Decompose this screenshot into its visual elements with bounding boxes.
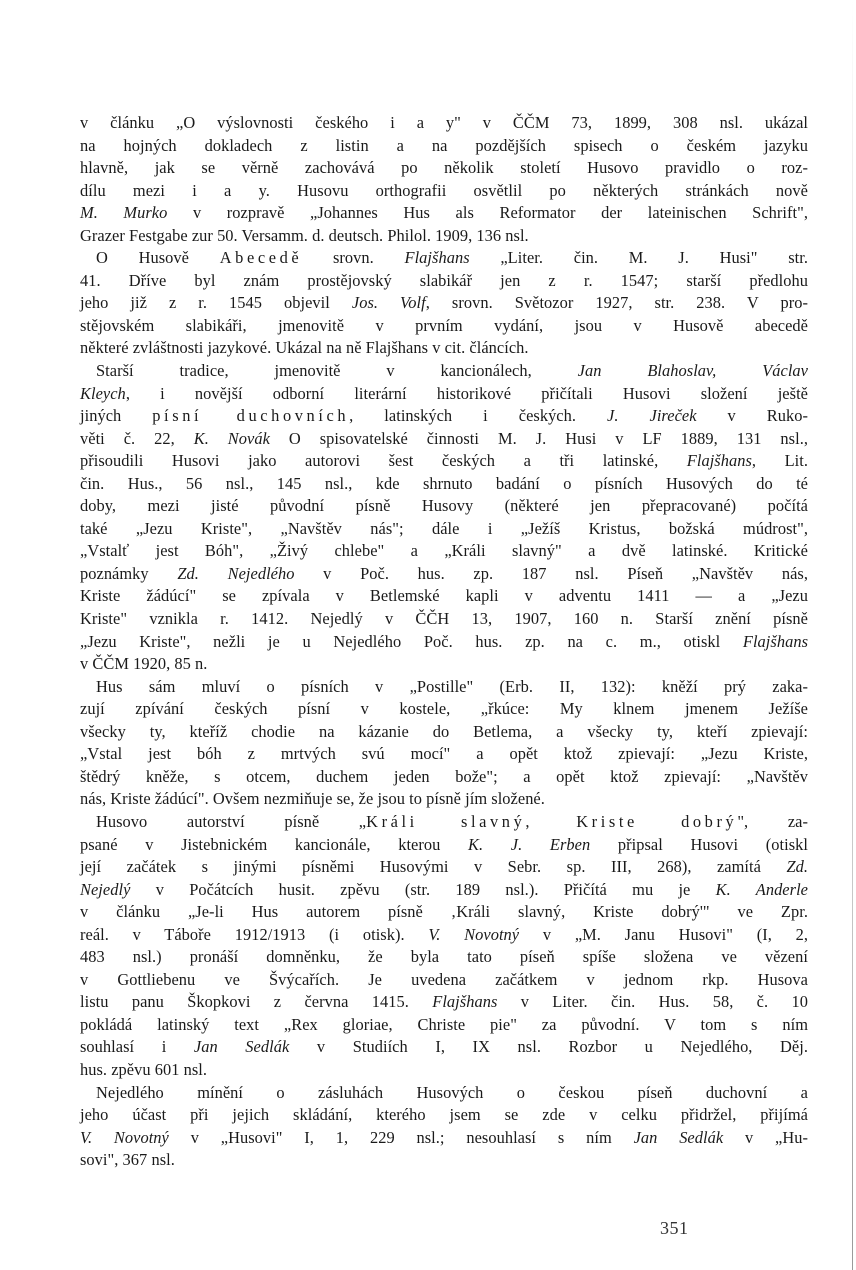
text-line: nás, Kriste žádúcí". Ovšem nezmiňuje se,… [80,788,808,811]
text-run: „Jezu Kriste", nežli je u Nejedlého Poč.… [80,632,743,651]
text-line: v ČČM 1920, 85 n. [80,653,808,676]
text-run: v „M. Janu Husovi" (I, 2, [519,925,808,944]
spaced-emphasis: Abecedě [220,248,303,267]
text-run: Kriste žádúcí" se zpívala v Betlemské ka… [80,586,808,605]
text-run: Grazer Festgabe zur 50. Versamm. d. deut… [80,226,529,245]
text-run: 41. Dříve byl znám prostějovský slabikář… [80,271,808,290]
text-line: Kriste žádúcí" se zpívala v Betlemské ka… [80,585,808,608]
body-text: v článku „O výslovnosti českého i a y" v… [80,112,808,1172]
text-run: také „Jezu Kriste", „Navštěv nás"; dále … [80,519,808,538]
text-run: O spisovatelské činnosti M. J. Husi v LF… [270,429,808,448]
text-line: Husovo autorství písně „Králi slavný, Kr… [80,811,808,834]
text-line: v článku „O výslovnosti českého i a y" v… [80,112,808,135]
text-line: O Husově Abecedě srovn. Flajšhans „Liter… [80,247,808,270]
italic-citation: V. Novotný [80,1128,169,1147]
text-run: v ČČM 1920, 85 n. [80,654,207,673]
italic-citation: Flajšhans [432,992,497,1011]
text-line: Nejedlého mínění o zásluhách Husových o … [80,1082,808,1105]
italic-citation: K. J. Erben [468,835,590,854]
text-run: , Lit. [752,451,808,470]
text-run: poznámky [80,564,177,583]
text-line: v Gottliebenu ve Švýcařích. Je uvedena z… [80,969,808,992]
text-line: V. Novotný v „Husovi" I, 1, 229 nsl.; ne… [80,1127,808,1150]
italic-citation: Flajšhans [687,451,752,470]
text-line: Kriste" vznikla r. 1412. Nejedlý v ČČH 1… [80,608,808,631]
spaced-emphasis: Králi slavný, Kriste dobrý [366,812,737,831]
text-run: , srovn. Světozor 1927, str. 238. V pro- [426,293,808,312]
text-line: „Vstalť jest Bóh", „Živý chlebe" a „Král… [80,540,808,563]
text-run: v Počátcích husit. zpěvu (str. 189 nsl.)… [130,880,715,899]
text-run: Husovo autorství písně „ [96,812,366,831]
paragraph: Hus sám mluví o písních v „Postille" (Er… [80,676,808,811]
text-run: reál. v Táboře 1912/1913 (i otisk). [80,925,428,944]
paragraph: O Husově Abecedě srovn. Flajšhans „Liter… [80,247,808,360]
text-line: souhlasí i Jan Sedlák v Studiích I, IX n… [80,1036,808,1059]
text-line: hlavně, jak se věrně zachovává po několi… [80,157,808,180]
text-run: „Liter. čin. M. J. Husi" str. [470,248,808,267]
text-line: doby, mezi jisté původní písně Husovy (n… [80,495,808,518]
text-run: „Vstalť jest Bóh", „Živý chlebe" a „Král… [80,541,808,560]
text-run: pokládá latinský text „Rex gloriae, Chri… [80,1015,808,1034]
italic-citation: Jan Sedlák [634,1128,724,1147]
italic-citation: Nejedlý [80,880,130,899]
text-line: stějovském slabikáři, jmenovitě v prvním… [80,315,808,338]
page-edge-shadow [852,0,853,1270]
text-run: , i novější odborní literární historikov… [126,384,808,403]
text-line: M. Murko v rozpravě „Johannes Hus als Re… [80,202,808,225]
italic-citation: J. Jireček [607,406,697,425]
text-line: jeho již z r. 1545 objevil Jos. Volf, sr… [80,292,808,315]
page-number: 351 [660,1218,689,1239]
text-line: v článku „Je-li Hus autorem písně ‚Králi… [80,901,808,924]
document-page: v článku „O výslovnosti českého i a y" v… [0,0,856,1270]
text-run: v „Hu- [723,1128,808,1147]
text-line: její začátek s jinými písněmi Husovými v… [80,856,808,879]
paragraph: Starší tradice, jmenovitě v kancionálech… [80,360,808,676]
italic-citation: Flajšhans [743,632,808,651]
italic-citation: Flajšhans [405,248,470,267]
text-line: 41. Dříve byl znám prostějovský slabikář… [80,270,808,293]
text-run: jeho již z r. 1545 objevil [80,293,352,312]
text-run: čin. Hus., 56 nsl., 145 nsl., kde shrnut… [80,474,808,493]
text-line: jeho účast při jejich skládání, kterého … [80,1104,808,1127]
text-run: v článku „Je-li Hus autorem písně ‚Králi… [80,902,808,921]
paragraph: v článku „O výslovnosti českého i a y" v… [80,112,808,247]
text-line: „Jezu Kriste", nežli je u Nejedlého Poč.… [80,631,808,654]
text-line: jiných písní duchovních, latinských i če… [80,405,808,428]
italic-citation: Zd. Nejedlého [177,564,294,583]
text-line: věti č. 22, K. Novák O spisovatelské čin… [80,428,808,451]
text-run: všecky ty, kteříž chodie na kázanie do B… [80,722,808,741]
text-run: dílu mezi i a y. Husovu orthografii osvě… [80,181,808,200]
paragraph: Husovo autorství písně „Králi slavný, Kr… [80,811,808,1082]
text-line: psané v Jistebnickém kancionále, kterou … [80,834,808,857]
text-line: poznámky Zd. Nejedlého v Poč. hus. zp. 1… [80,563,808,586]
text-line: Hus sám mluví o písních v „Postille" (Er… [80,676,808,699]
text-line: na hojných dokladech z listin a na pozdě… [80,135,808,158]
paragraph: Nejedlého mínění o zásluhách Husových o … [80,1082,808,1172]
text-run: hus. zpěvu 601 nsl. [80,1060,207,1079]
text-run: v Poč. hus. zp. 187 nsl. Píseň „Navštěv … [295,564,809,583]
text-line: zují zpívání českých písní v kostele, „ř… [80,698,808,721]
text-run: v Studiích I, IX nsl. Rozbor u Nejedlého… [289,1037,808,1056]
italic-citation: K. Anderle [716,880,808,899]
text-run: sovi", 367 nsl. [80,1150,175,1169]
text-run: srovn. [302,248,404,267]
text-run: ", za- [737,812,808,831]
text-line: dílu mezi i a y. Husovu orthografii osvě… [80,180,808,203]
italic-citation: Jan Blahoslav, Václav [578,361,808,380]
text-line: hus. zpěvu 601 nsl. [80,1059,808,1082]
italic-citation: Kleych [80,384,126,403]
italic-citation: M. Murko [80,203,167,222]
text-line: všecky ty, kteříž chodie na kázanie do B… [80,721,808,744]
text-line: štědrý kněže, s otcem, duchem jeden bože… [80,766,808,789]
text-line: listu panu Škopkovi z června 1415. Flajš… [80,991,808,1014]
text-run: na hojných dokladech z listin a na pozdě… [80,136,808,155]
text-run: souhlasí i [80,1037,194,1056]
italic-citation: V. Novotný [428,925,519,944]
text-run: Kriste" vznikla r. 1412. Nejedlý v ČČH 1… [80,609,808,628]
text-line: Starší tradice, jmenovitě v kancionálech… [80,360,808,383]
text-run: v „Husovi" I, 1, 229 nsl.; nesouhlasí s … [169,1128,634,1147]
text-run: 483 nsl.) pronáší domněnku, že byla tato… [80,947,808,966]
text-run: nás, Kriste žádúcí". Ovšem nezmiňuje se,… [80,789,545,808]
text-run: „Vstal jest bóh z mrtvých svú mocí" a op… [80,744,808,763]
text-run: zují zpívání českých písní v kostele, „ř… [80,699,808,718]
text-run: v článku „O výslovnosti českého i a y" v… [80,113,808,132]
text-line: také „Jezu Kriste", „Navštěv nás"; dále … [80,518,808,541]
text-line: pokládá latinský text „Rex gloriae, Chri… [80,1014,808,1037]
text-run: některé zvláštnosti jazykové. Ukázal na … [80,338,529,357]
text-run: její začátek s jinými písněmi Husovými v… [80,857,786,876]
text-run: jiných [80,406,152,425]
text-line: 483 nsl.) pronáší domněnku, že byla tato… [80,946,808,969]
text-run: Hus sám mluví o písních v „Postille" (Er… [96,677,808,696]
text-run: v Gottliebenu ve Švýcařích. Je uvedena z… [80,970,808,989]
text-run: štědrý kněže, s otcem, duchem jeden bože… [80,767,808,786]
text-line: některé zvláštnosti jazykové. Ukázal na … [80,337,808,360]
text-run: přisoudili Husovi jako autorovi šest čes… [80,451,687,470]
text-run: , latinských i českých. [349,406,607,425]
text-line: Kleych, i novější odborní literární hist… [80,383,808,406]
text-run: hlavně, jak se věrně zachovává po několi… [80,158,808,177]
text-line: Grazer Festgabe zur 50. Versamm. d. deut… [80,225,808,248]
text-run: věti č. 22, [80,429,194,448]
text-run: doby, mezi jisté původní písně Husovy (n… [80,496,808,515]
text-run: připsal Husovi (otiskl [590,835,808,854]
text-run: psané v Jistebnickém kancionále, kterou [80,835,468,854]
text-run: O Husově [96,248,220,267]
text-line: Nejedlý v Počátcích husit. zpěvu (str. 1… [80,879,808,902]
text-run: v Ruko- [697,406,808,425]
text-line: „Vstal jest bóh z mrtvých svú mocí" a op… [80,743,808,766]
text-line: reál. v Táboře 1912/1913 (i otisk). V. N… [80,924,808,947]
text-run: Starší tradice, jmenovitě v kancionálech… [96,361,578,380]
text-run: Nejedlého mínění o zásluhách Husových o … [96,1083,808,1102]
text-run: v rozpravě „Johannes Hus als Reformator … [167,203,808,222]
spaced-emphasis: písní duchovních [152,406,349,425]
italic-citation: Zd. [786,857,808,876]
italic-citation: K. Novák [194,429,270,448]
text-run: v Liter. čin. Hus. 58, č. 10 [497,992,808,1011]
text-line: čin. Hus., 56 nsl., 145 nsl., kde shrnut… [80,473,808,496]
text-line: přisoudili Husovi jako autorovi šest čes… [80,450,808,473]
italic-citation: Jos. Volf [352,293,426,312]
text-run: stějovském slabikáři, jmenovitě v prvním… [80,316,808,335]
text-line: sovi", 367 nsl. [80,1149,808,1172]
italic-citation: Jan Sedlák [194,1037,289,1056]
text-run: listu panu Škopkovi z června 1415. [80,992,432,1011]
text-run: jeho účast při jejich skládání, kterého … [80,1105,808,1124]
